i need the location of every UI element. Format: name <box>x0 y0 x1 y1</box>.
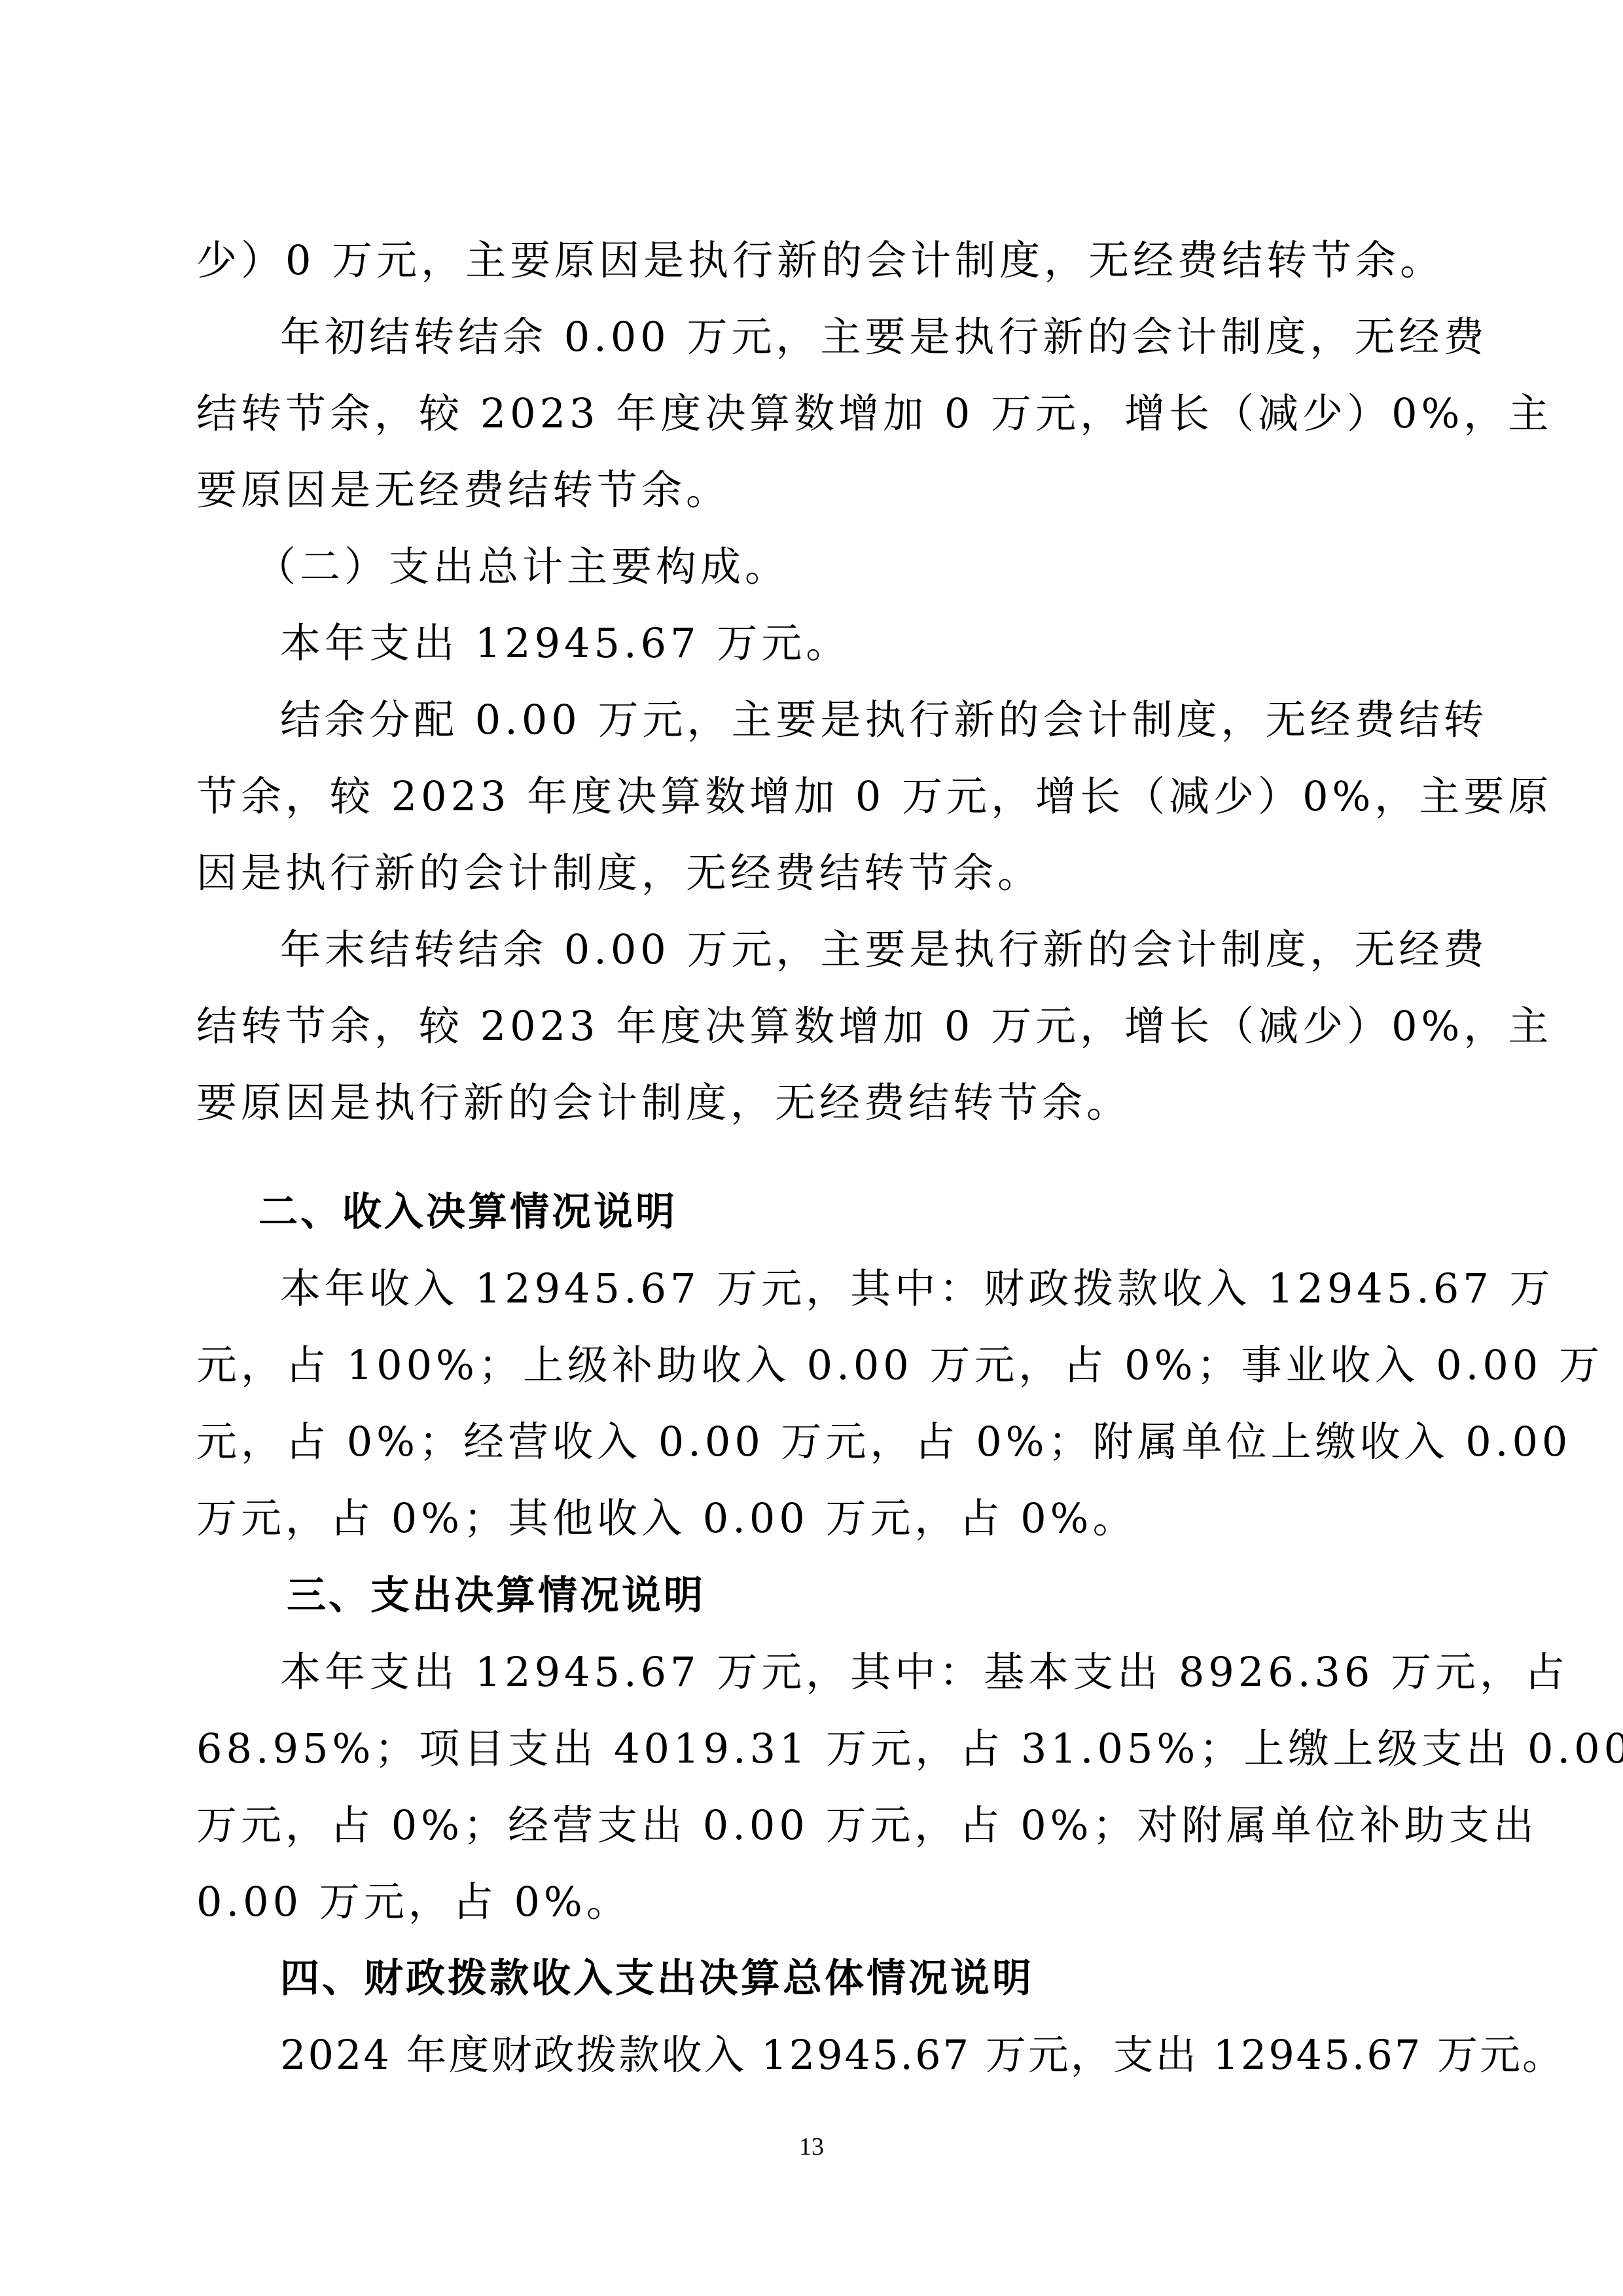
paragraph-line: 节余，较 2023 年度决算数增加 0 万元，增长（减少）0%，主要原 <box>196 770 1440 823</box>
paragraph-line: 要原因是执行新的会计制度，无经费结转节余。 <box>196 1077 1440 1129</box>
paragraph-line: 元，占 100%；上级补助收入 0.00 万元，占 0%；事业收入 0.00 万 <box>196 1339 1440 1391</box>
paragraph-line: 要原因是无经费结转节余。 <box>196 464 1440 516</box>
paragraph-line: 元，占 0%；经营收入 0.00 万元，占 0%；附属单位上缴收入 0.00 <box>196 1416 1440 1468</box>
paragraph-line: 万元，占 0%；其他收入 0.00 万元，占 0%。 <box>196 1492 1440 1545</box>
paragraph-line: 结转节余，较 2023 年度决算数增加 0 万元，增长（减少）0%，主 <box>196 387 1440 440</box>
page-number: 13 <box>0 2132 1623 2161</box>
paragraph-line: 少）0 万元，主要原因是执行新的会计制度，无经费结转节余。 <box>196 234 1440 287</box>
section-subheading: （二）支出总计主要构成。 <box>255 541 1499 593</box>
paragraph-line: 68.95%；项目支出 4019.31 万元，占 31.05%；上缴上级支出 0… <box>196 1723 1440 1775</box>
paragraph-line: 结转节余，较 2023 年度决算数增加 0 万元，增长（减少）0%，主 <box>196 1000 1440 1052</box>
section-heading-expenditure: 三、支出决算情况说明 <box>287 1570 1530 1622</box>
paragraph-line: 结余分配 0.00 万元，主要是执行新的会计制度，无经费结转 <box>280 694 1524 746</box>
paragraph-line: 本年支出 12945.67 万元，其中：基本支出 8926.36 万元，占 <box>280 1646 1524 1698</box>
section-heading-income: 二、收入决算情况说明 <box>259 1186 1502 1238</box>
paragraph-line: 因是执行新的会计制度，无经费结转节余。 <box>196 847 1440 899</box>
paragraph-line: 本年收入 12945.67 万元，其中：财政拨款收入 12945.67 万 <box>280 1263 1524 1315</box>
paragraph-line: 本年支出 12945.67 万元。 <box>280 617 1524 670</box>
section-heading-fiscal-overview: 四、财政拨款收入支出决算总体情况说明 <box>280 1952 1524 2005</box>
paragraph-line: 年初结转结余 0.00 万元，主要是执行新的会计制度，无经费 <box>280 311 1524 363</box>
document-page: 少）0 万元，主要原因是执行新的会计制度，无经费结转节余。 年初结转结余 0.0… <box>0 0 1623 2296</box>
paragraph-line: 万元，占 0%；经营支出 0.00 万元，占 0%；对附属单位补助支出 <box>196 1799 1440 1852</box>
paragraph-line: 0.00 万元，占 0%。 <box>196 1876 1440 1928</box>
paragraph-line: 年末结转结余 0.00 万元，主要是执行新的会计制度，无经费 <box>280 924 1524 976</box>
paragraph-line: 2024 年度财政拨款收入 12945.67 万元，支出 12945.67 万元… <box>280 2029 1524 2081</box>
